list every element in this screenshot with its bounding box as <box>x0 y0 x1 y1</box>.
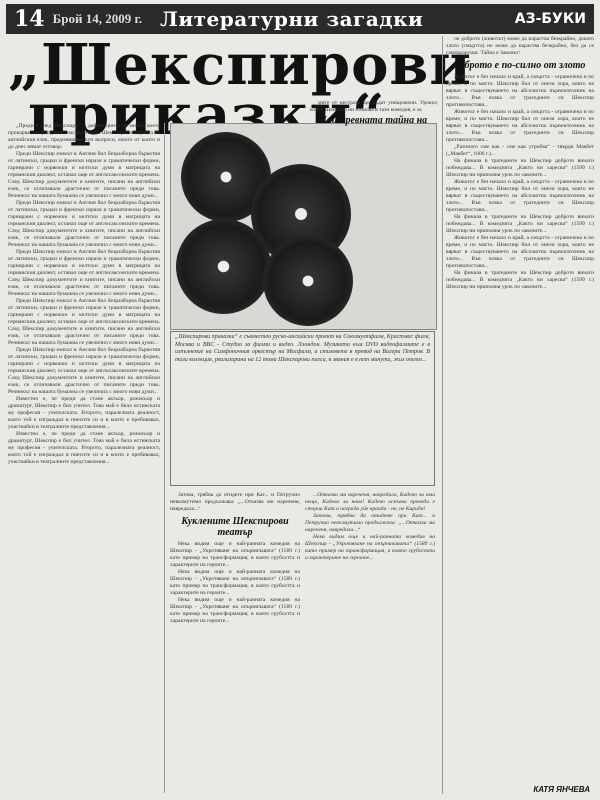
body-paragraph: Животът е без начало и край, а смъртта -… <box>446 235 594 270</box>
column-divider <box>164 123 165 793</box>
body-paragraph: Преди Шекспир езикът в Англия бил безраз… <box>8 151 160 200</box>
lead-paragraph: „Преди и след Шекспир...“ - дефинициите … <box>8 123 160 151</box>
body-paragraph: На финала в трагедиите на Шекспир доброт… <box>446 158 594 179</box>
issue-label: Брой 14, 2009 г. <box>53 11 143 27</box>
body-paragraph: Нека видим още и най-ранната комедия на … <box>170 569 300 597</box>
body-paragraph: Животът е без начало и край, а смъртта -… <box>446 74 594 109</box>
page-header: 14 Брой 14, 2009 г. Литературни загадки … <box>6 4 594 34</box>
body-paragraph: Животът е без начало и край, а смъртта -… <box>446 109 594 144</box>
dvd-disc <box>263 236 353 326</box>
subheading: Куклените Шекспирови театър <box>170 516 300 538</box>
column-4: че доброто (животът) може да нараства бе… <box>446 36 594 751</box>
photo-caption: „Шекспирови приказки“ е съвместен руско-… <box>170 331 435 486</box>
column-2b: ...Отказва ми нареченя, навредала, Кадев… <box>305 492 435 792</box>
subheading: доброто е по-силно от злото <box>446 60 594 71</box>
subhead-wrap: Най-древната тайна на света <box>308 112 438 126</box>
body-paragraph: На финала в трагедиите на Шекспир доброт… <box>446 214 594 235</box>
column-2: Затова, трябва да отидете при Кат... и П… <box>170 492 300 792</box>
body-paragraph: Затова, трябва да отидете при Кат... и П… <box>170 492 300 513</box>
publication-logo: АЗ-БУКИ <box>515 11 586 27</box>
page-number: 14 <box>14 6 45 32</box>
body-paragraph: На финала в трагедиите на Шекспир доброт… <box>446 270 594 291</box>
body-paragraph: „Разпнато сме как - сме как угробва“ - т… <box>446 144 594 158</box>
body-paragraph: Известно е, че преди да стане актьор, ре… <box>8 396 160 431</box>
body-paragraph: Преди Шекспир езикът в Англия бил безраз… <box>8 298 160 347</box>
subheading: Най-древната тайна на света <box>308 115 438 126</box>
author-byline: КАТЯ ЯНЧЕВА <box>533 785 590 794</box>
body-paragraph: Преди Шекспир езикът в Англия бил безраз… <box>8 249 160 298</box>
body-paragraph: Нека видим още и най-ранната комедия на … <box>170 597 300 625</box>
column-divider <box>442 36 443 794</box>
column-1: „Преди и след Шекспир...“ - дефинициите … <box>8 123 160 793</box>
body-paragraph: Затова, трябва да отидете при Кат... и П… <box>305 513 435 534</box>
dvd-disc <box>176 219 271 314</box>
body-paragraph: Преди Шекспир езикът в Англия бил безраз… <box>8 200 160 249</box>
body-paragraph: Животът е без начало и край, а смъртта -… <box>446 179 594 214</box>
body-paragraph: Нека видим още и най-ранната комедия на … <box>305 534 435 562</box>
dvd-photo <box>170 123 437 330</box>
body-paragraph: Преди Шекспир езикът в Англия бил безраз… <box>8 347 160 396</box>
body-paragraph: Нека видим още и най-ранната комедия на … <box>170 541 300 569</box>
section-title: Литературни загадки <box>160 7 423 31</box>
body-paragraph: Известно е, че преди да стане актьор, ре… <box>8 431 160 466</box>
poem: ...Отказва ми нареченя, навредала, Кадев… <box>305 492 435 513</box>
body-paragraph: че доброто (животът) може да нараства бе… <box>446 36 594 57</box>
